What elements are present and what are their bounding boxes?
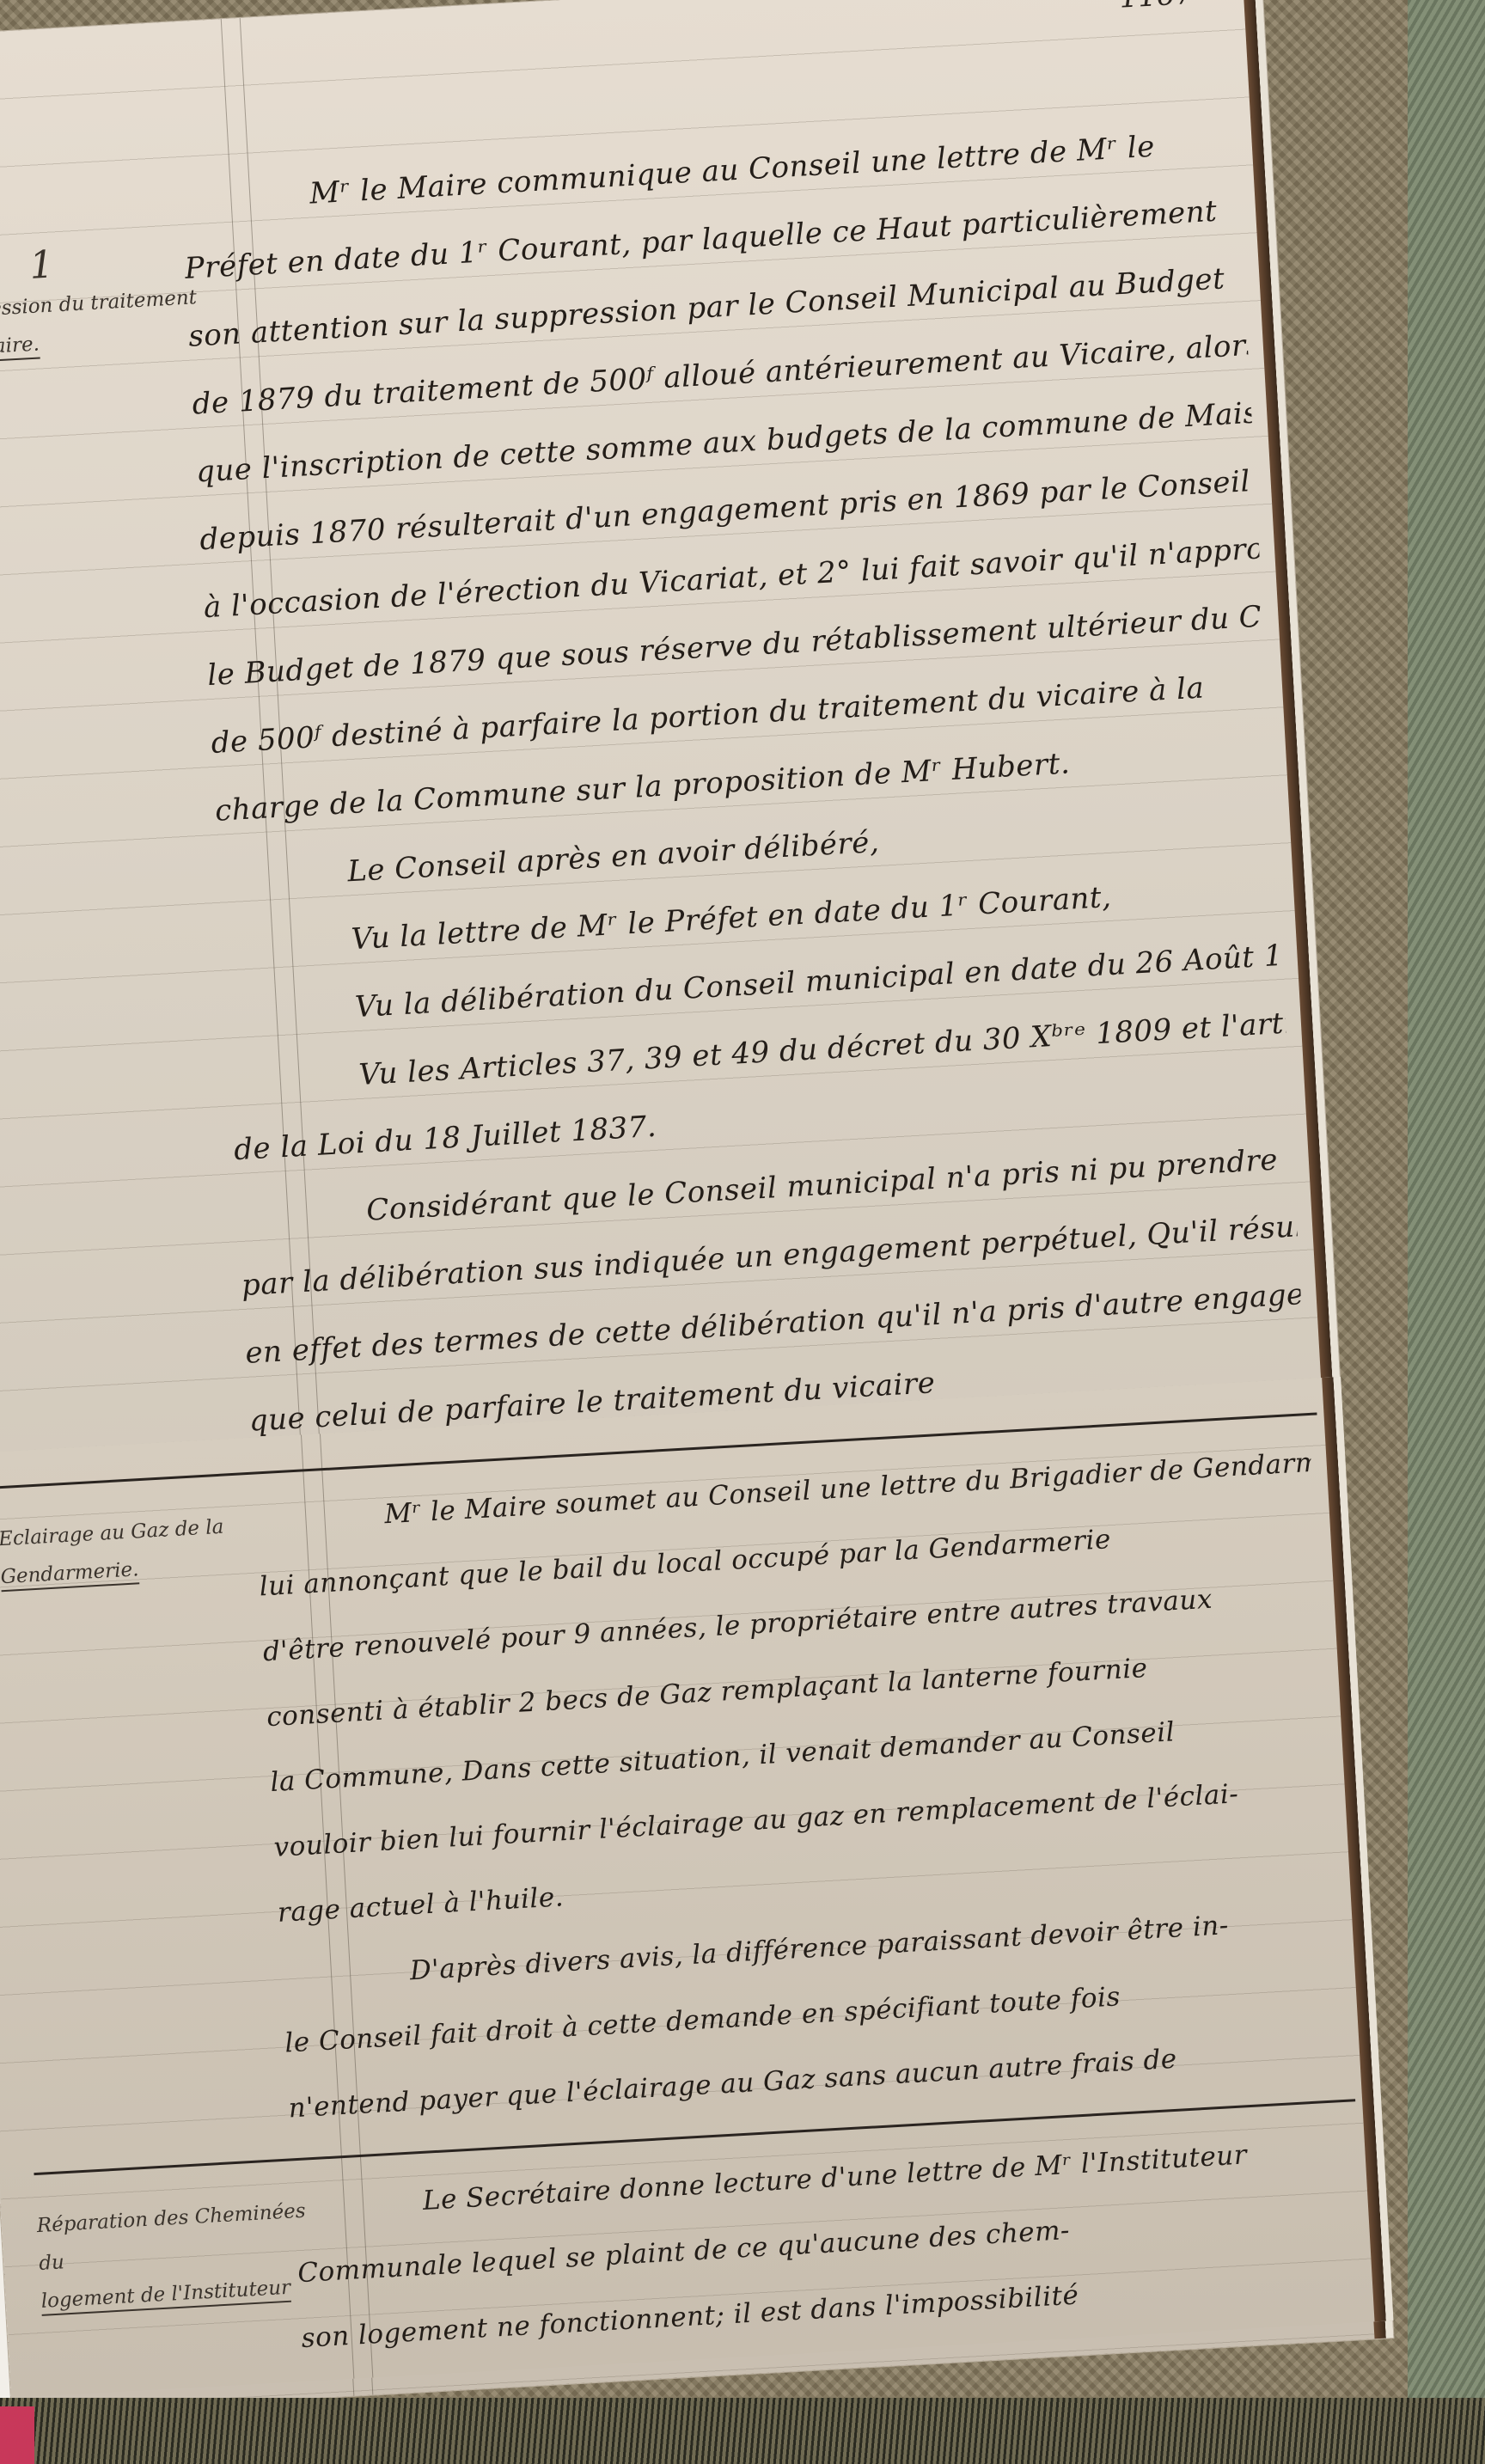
green-cloth-background (1408, 0, 1485, 2464)
margin-note-reparation-cheminees: Réparation des Cheminées du logement de … (36, 2191, 334, 2320)
entry-eclairage-gaz: Mʳ le Maire soumet au Conseil une lettre… (254, 1430, 1346, 2141)
register-page-lower: Eclairage au Gaz de la Gendarmerie. Mʳ l… (0, 1377, 1393, 2398)
red-binding-corner (0, 2406, 34, 2464)
bottom-fringe (0, 2398, 1485, 2464)
margin-title-line1: Eclairage au Gaz de la (0, 1516, 224, 1551)
margin-title-line1: Réparation des Cheminées du (36, 2200, 306, 2275)
margin-title-line1: Suppression du traitement (0, 286, 198, 323)
